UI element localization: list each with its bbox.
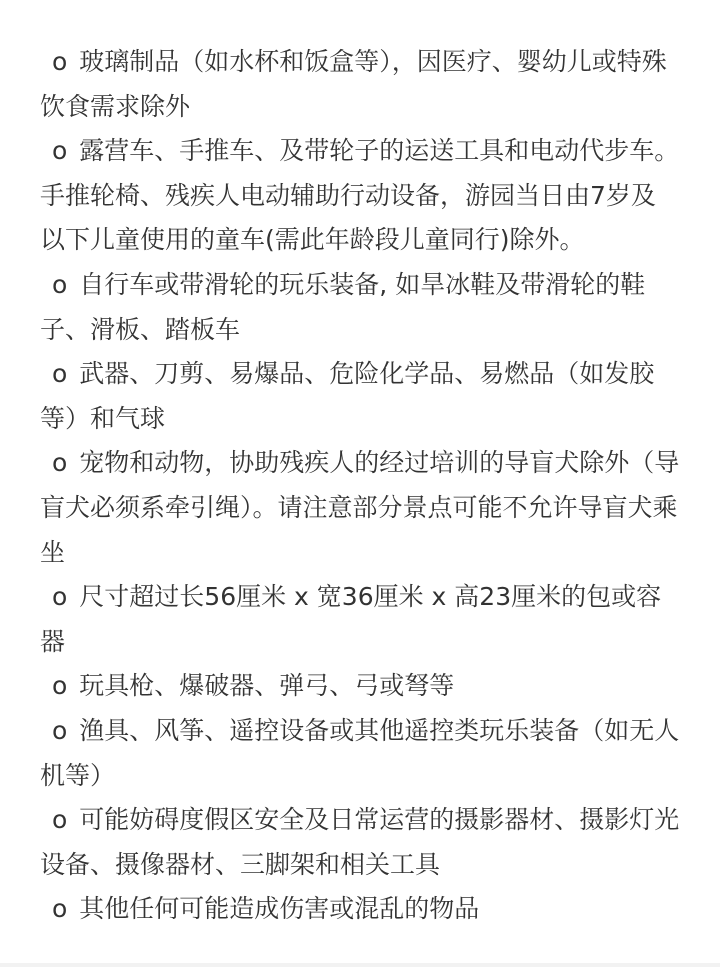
list-item-text: 自行车或带滑轮的玩乐装备, 如旱冰鞋及带滑轮的鞋子、滑板、踏板车 — [40, 270, 645, 344]
list-item-text: 渔具、风筝、遥控设备或其他遥控类玩乐装备（如无人机等） — [40, 716, 679, 790]
list-item-text: 玻璃制品（如水杯和饭盒等），因医疗、婴幼儿或特殊饮食需求除外 — [40, 47, 667, 121]
list-item: o武器、刀剪、易爆品、危险化学品、易燃品（如发胶等）和气球 — [40, 352, 680, 441]
list-item: o玩具枪、爆破器、弹弓、弓或弩等 — [40, 664, 680, 709]
bullet-icon: o — [52, 441, 67, 486]
bottom-divider — [0, 963, 720, 967]
list-item: o玻璃制品（如水杯和饭盒等），因医疗、婴幼儿或特殊饮食需求除外 — [40, 40, 680, 129]
list-item-text: 可能妨碍度假区安全及日常运营的摄影器材、摄影灯光设备、摄像器材、三脚架和相关工具 — [40, 805, 679, 879]
bullet-icon: o — [52, 575, 67, 620]
bullet-icon: o — [52, 709, 67, 754]
list-item-text: 其他任何可能造成伤害或混乱的物品 — [79, 894, 479, 923]
bullet-icon: o — [52, 263, 67, 308]
list-item-text: 武器、刀剪、易爆品、危险化学品、易燃品（如发胶等）和气球 — [40, 359, 654, 433]
list-item: o渔具、风筝、遥控设备或其他遥控类玩乐装备（如无人机等） — [40, 709, 680, 798]
bullet-icon: o — [52, 129, 67, 174]
list-item: o尺寸超过长56厘米 x 宽36厘米 x 高23厘米的包或容器 — [40, 575, 680, 664]
list-item-text: 玩具枪、爆破器、弹弓、弓或弩等 — [79, 671, 454, 700]
list-item: o自行车或带滑轮的玩乐装备, 如旱冰鞋及带滑轮的鞋子、滑板、踏板车 — [40, 263, 680, 352]
bullet-icon: o — [52, 40, 67, 85]
list-item: o露营车、手推车、及带轮子的运送工具和电动代步车。手推轮椅、残疾人电动辅助行动设… — [40, 129, 680, 263]
prohibited-items-list: o玻璃制品（如水杯和饭盒等），因医疗、婴幼儿或特殊饮食需求除外 o露营车、手推车… — [40, 40, 680, 932]
list-item-text: 露营车、手推车、及带轮子的运送工具和电动代步车。手推轮椅、残疾人电动辅助行动设备… — [40, 136, 679, 254]
list-item-text: 宠物和动物，协助残疾人的经过培训的导盲犬除外（导盲犬必须系牵引绳）。请注意部分景… — [40, 448, 679, 566]
bullet-icon: o — [52, 887, 67, 932]
list-item: o宠物和动物，协助残疾人的经过培训的导盲犬除外（导盲犬必须系牵引绳）。请注意部分… — [40, 441, 680, 575]
bullet-icon: o — [52, 352, 67, 397]
bullet-icon: o — [52, 664, 67, 709]
list-item: o可能妨碍度假区安全及日常运营的摄影器材、摄影灯光设备、摄像器材、三脚架和相关工… — [40, 798, 680, 887]
bullet-icon: o — [52, 798, 67, 843]
list-item: o其他任何可能造成伤害或混乱的物品 — [40, 887, 680, 932]
list-item-text: 尺寸超过长56厘米 x 宽36厘米 x 高23厘米的包或容器 — [40, 582, 661, 656]
